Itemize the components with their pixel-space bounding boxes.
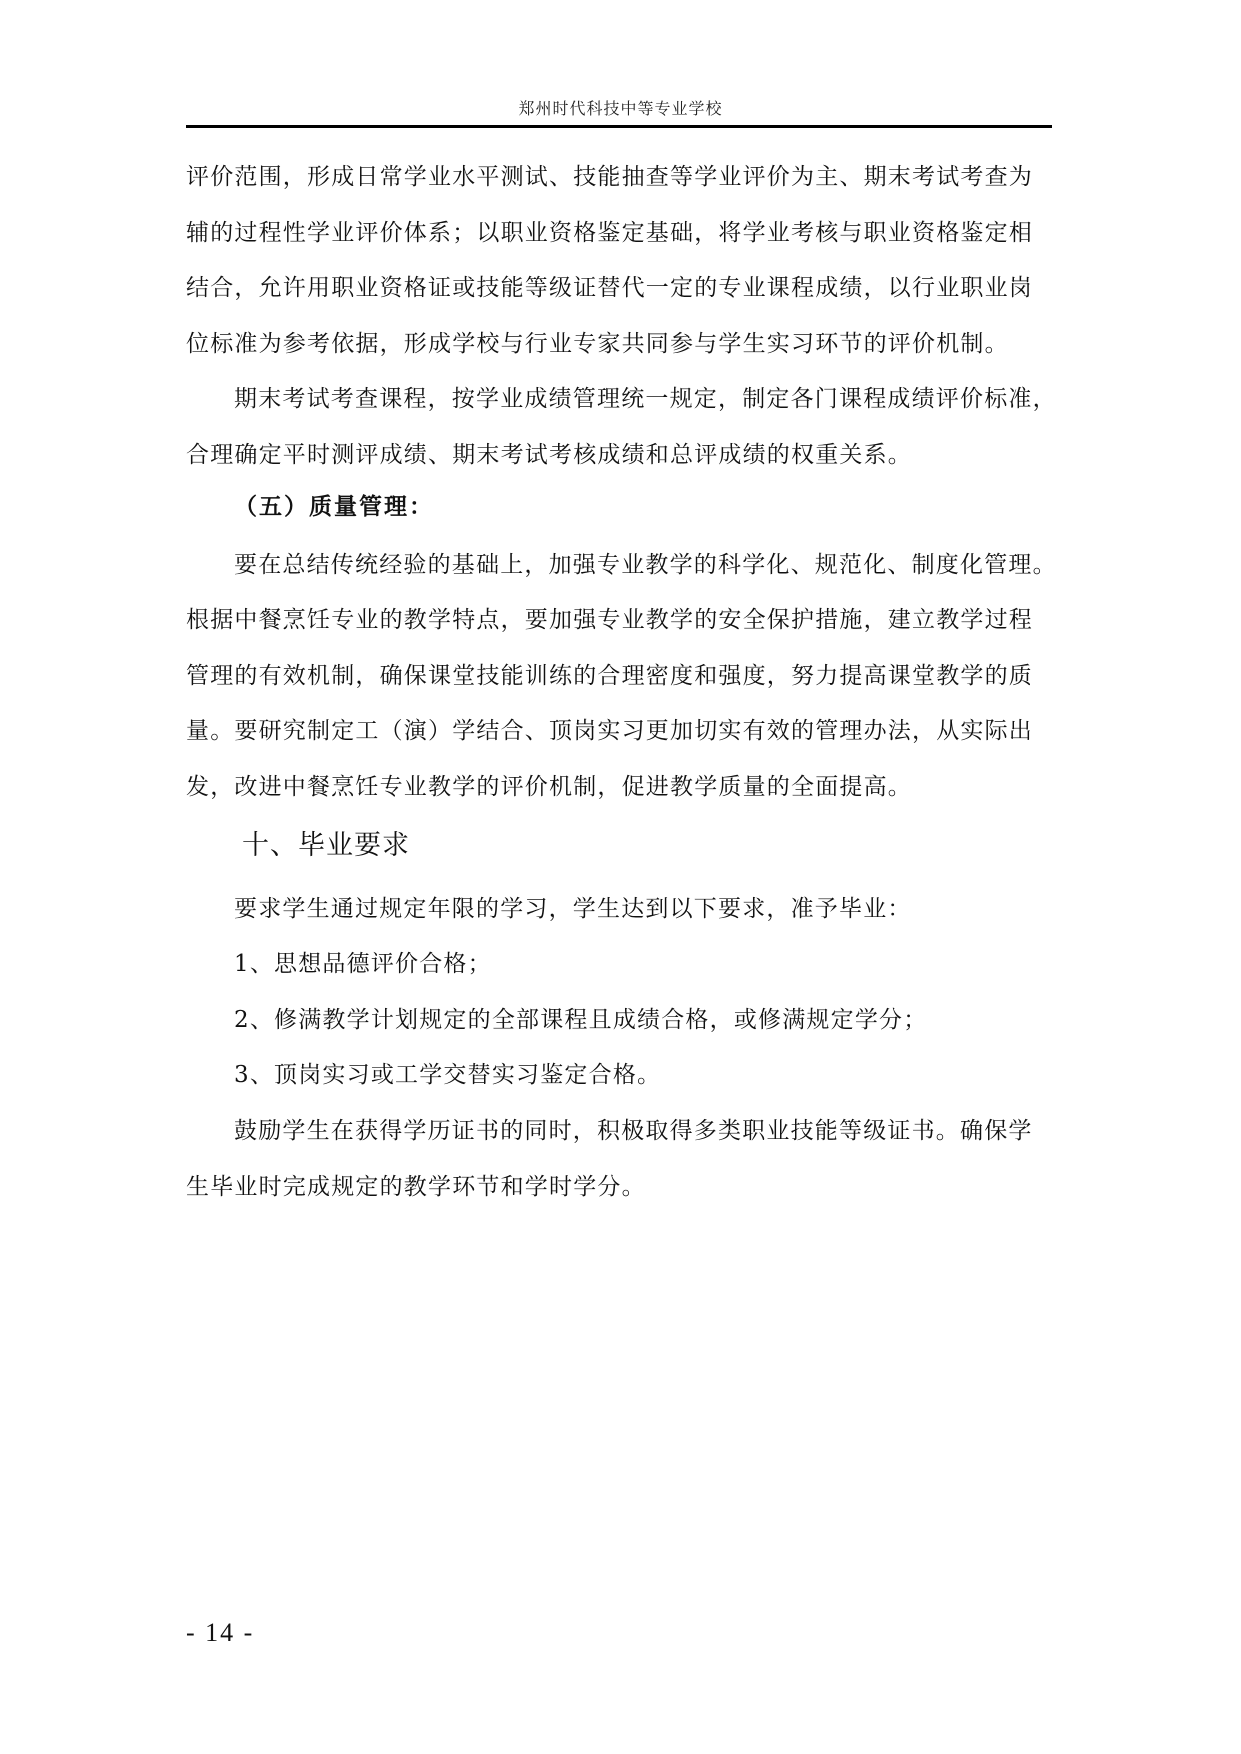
list-item: 2、修满教学计划规定的全部课程且成绩合格，或修满规定学分； [186,993,1052,1049]
text-line: 位标准为参考依据，形成学校与行业专家共同参与学生实习环节的评价机制。 [186,317,1052,373]
list-item: 3、顶岗实习或工学交替实习鉴定合格。 [186,1048,1052,1104]
document-body: 评价范围，形成日常学业水平测试、技能抽查等学业评价为主、期末考试考查为 辅的过程… [186,150,1052,1215]
text-line: 要在总结传统经验的基础上，加强专业教学的科学化、规范化、制度化管理。 [186,538,1052,594]
paragraph-evaluation-scope: 评价范围，形成日常学业水平测试、技能抽查等学业评价为主、期末考试考查为 辅的过程… [186,150,1052,372]
text-line: 要求学生通过规定年限的学习，学生达到以下要求，准予毕业： [186,882,1052,938]
text-line: 生毕业时完成规定的教学环节和学时学分。 [186,1160,1052,1216]
list-item: 1、思想品德评价合格； [186,937,1052,993]
text-line: 辅的过程性学业评价体系；以职业资格鉴定基础，将学业考核与职业资格鉴定相 [186,206,1052,262]
page-number: - 14 - [186,1618,254,1648]
text-line: 量。要研究制定工（演）学结合、顶岗实习更加切实有效的管理办法，从实际出 [186,704,1052,760]
text-line: 合理确定平时测评成绩、期末考试考核成绩和总评成绩的权重关系。 [186,428,1052,484]
subheading-quality-management: （五）质量管理： [186,484,1052,530]
page-header-title: 郑州时代科技中等专业学校 [0,96,1241,119]
text-line: 管理的有效机制，确保课堂技能训练的合理密度和强度，努力提高课堂教学的质 [186,649,1052,705]
text-line: 鼓励学生在获得学历证书的同时，积极取得多类职业技能等级证书。确保学 [186,1104,1052,1160]
paragraph-encouragement: 鼓励学生在获得学历证书的同时，积极取得多类职业技能等级证书。确保学 生毕业时完成… [186,1104,1052,1215]
section-heading-graduation: 十、毕业要求 [186,816,1052,876]
requirements-list: 1、思想品德评价合格； 2、修满教学计划规定的全部课程且成绩合格，或修满规定学分… [186,937,1052,1104]
text-line: 评价范围，形成日常学业水平测试、技能抽查等学业评价为主、期末考试考查为 [186,150,1052,206]
header-divider [186,125,1052,128]
paragraph-quality-management: 要在总结传统经验的基础上，加强专业教学的科学化、规范化、制度化管理。 根据中餐烹… [186,538,1052,816]
text-line: 发，改进中餐烹饪专业教学的评价机制，促进教学质量的全面提高。 [186,760,1052,816]
paragraph-final-exams: 期末考试考查课程，按学业成绩管理统一规定，制定各门课程成绩评价标准， 合理确定平… [186,372,1052,483]
paragraph-graduation-intro: 要求学生通过规定年限的学习，学生达到以下要求，准予毕业： [186,882,1052,938]
text-line: 根据中餐烹饪专业的教学特点，要加强专业教学的安全保护措施，建立教学过程 [186,593,1052,649]
text-line: 结合，允许用职业资格证或技能等级证替代一定的专业课程成绩，以行业职业岗 [186,261,1052,317]
text-line: 期末考试考查课程，按学业成绩管理统一规定，制定各门课程成绩评价标准， [186,372,1052,428]
